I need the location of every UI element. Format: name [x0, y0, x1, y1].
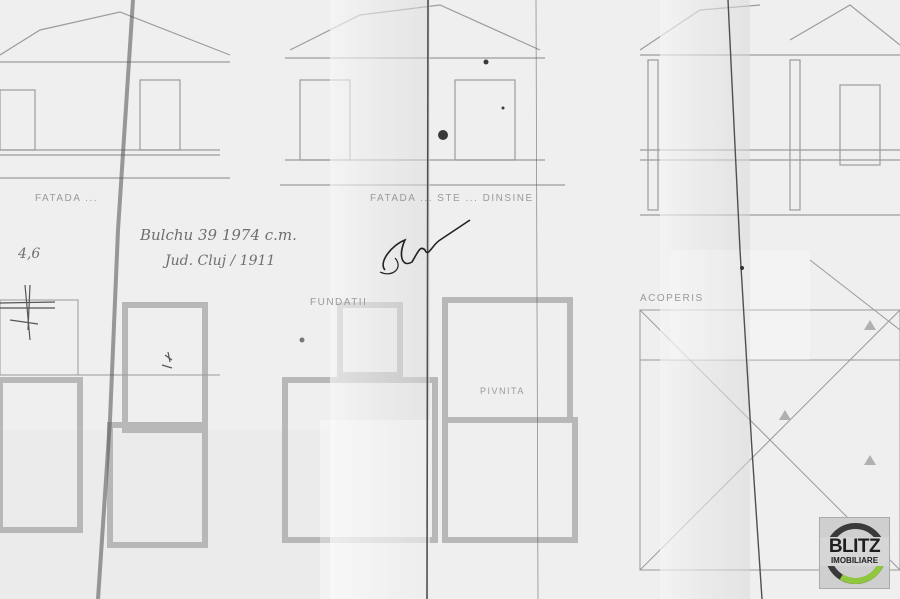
blueprint-photo: Fatada ... Fatada ... ste ... dinsine Fu…	[0, 0, 900, 599]
handwritten-dimension: 4,6	[18, 246, 40, 262]
label-plan-middle: Fundatii	[310, 297, 367, 308]
logo-text-brand: BLITZ	[820, 537, 889, 557]
handwritten-note-line2: Jud. Cluj / 1911	[165, 253, 275, 269]
handwritten-note-line1: Bulchu 39 1974 c.m.	[140, 226, 297, 244]
logo-text-sub: IMOBILIARE	[820, 556, 889, 566]
blueprint-drawing	[0, 0, 900, 599]
label-left-facade: Fatada ...	[35, 193, 98, 204]
label-room: Pivnita	[480, 386, 525, 396]
label-plan-right: Acoperis	[640, 293, 704, 304]
blitz-imobiliare-logo: BLITZ IMOBILIARE	[819, 517, 890, 589]
label-middle-facade: Fatada ... ste ... dinsine	[370, 193, 534, 204]
